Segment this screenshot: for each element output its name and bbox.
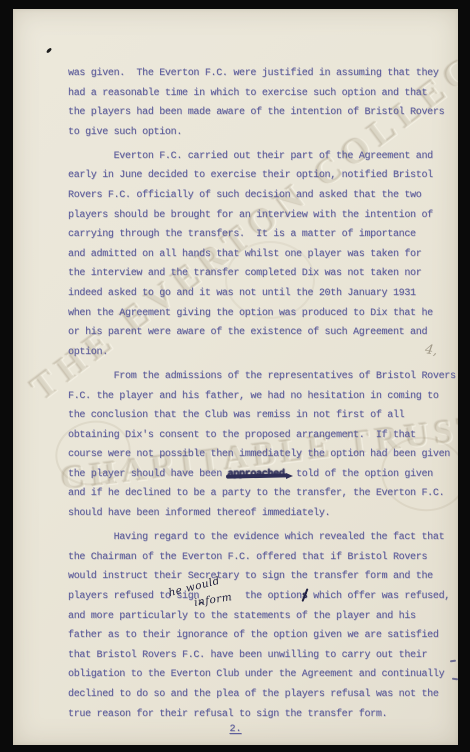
typed-line: declined to do so and the plea of the pl… (68, 685, 458, 705)
typed-line: the players had been made aware of the i… (68, 103, 458, 123)
typed-line: to give such option. (68, 123, 458, 143)
typed-segment: obtaining Dix's consent to the proposed … (68, 430, 416, 441)
typed-segment: indeed asked to go and it was not until … (68, 288, 416, 299)
typed-line: and admitted on all hands that whilst on… (68, 245, 458, 265)
typed-line: and if he declined to be a party to the … (68, 484, 458, 504)
typed-line: the conclusion that the Club was remiss … (68, 406, 458, 426)
typed-segment: the option (245, 591, 302, 602)
typed-line: F.C. the player and his father, we had n… (68, 387, 458, 407)
typed-segment: Everton F.C. carried out their part of t… (68, 151, 433, 162)
paragraph: From the admissions of the representativ… (68, 367, 458, 524)
typed-segment: the players had been made aware of the i… (68, 107, 444, 118)
typed-segment: when the Agreement giving the option was… (68, 308, 433, 319)
typed-line: indeed asked to go and it was not until … (68, 284, 458, 304)
typed-segment: the conclusion that the Club was remiss … (68, 410, 404, 421)
typed-segment: course were not possible then immediatel… (68, 449, 450, 460)
typed-segment: players should be brought for an intervi… (68, 210, 433, 221)
typed-line: when the Agreement giving the option was… (68, 304, 458, 324)
typed-line: obligation to the Everton Club under the… (68, 665, 458, 685)
typed-segment: true reason for their refusal to sign th… (68, 709, 387, 720)
struck-letter: s (302, 591, 308, 602)
typed-line: that Bristol Rovers F.C. have been unwil… (68, 646, 458, 666)
typed-line: and more particularly to the statements … (68, 607, 458, 627)
typed-line: should have been informed thereof immedi… (68, 504, 458, 524)
typed-segment: which offer was refused, (307, 591, 450, 602)
typed-line: the interview and the transfer completed… (68, 264, 458, 284)
ink-speck (46, 47, 53, 53)
document-page: THE EVERTON COLLECTION CHARITABLE TRUST … (13, 9, 458, 745)
typed-segment: had a reasonable time in which to exerci… (68, 88, 427, 99)
typed-segment: and more particularly to the statements … (68, 611, 416, 622)
photo-background: THE EVERTON COLLECTION CHARITABLE TRUST … (0, 0, 470, 752)
typed-segment: the player should have been (68, 469, 228, 480)
typed-segment: would instruct their Secretary to sign t… (68, 571, 433, 582)
typed-segment: declined to do so and the plea of the pl… (68, 689, 439, 700)
typed-segment: was given. The Everton F.C. were justifi… (68, 68, 439, 79)
typed-segment: and if he declined to be a party to the … (68, 488, 444, 499)
typed-line: players refused to sign the options whic… (68, 587, 458, 607)
typed-segment: carrying through the transfers. It is a … (68, 229, 416, 240)
typed-segment: that Bristol Rovers F.C. have been unwil… (68, 650, 427, 661)
typed-line: true reason for their refusal to sign th… (68, 705, 458, 725)
typed-segment: the Chairman of the Everton F.C. offered… (68, 552, 427, 563)
typed-line: would instruct their Secretary to sign t… (68, 567, 458, 587)
typed-line: carrying through the transfers. It is a … (68, 225, 458, 245)
typed-segment: From the admissions of the representativ… (68, 371, 456, 382)
paragraph: Everton F.C. carried out their part of t… (68, 147, 458, 363)
typed-segment: the interview and the transfer completed… (68, 268, 421, 279)
typed-line: the player should have been approached, … (68, 465, 458, 485)
typed-line: or his parent were aware of the existenc… (68, 323, 458, 343)
struck-word: approached (228, 469, 285, 480)
typed-line: players should be brought for an intervi… (68, 206, 458, 226)
typed-text: was given. The Everton F.C. were justifi… (68, 64, 458, 724)
typed-line: Everton F.C. carried out their part of t… (68, 147, 458, 167)
typed-segment: and admitted on all hands that whilst on… (68, 249, 421, 260)
typed-line: obtaining Dix's consent to the proposed … (68, 426, 458, 446)
handwritten-caret: ^ (197, 601, 206, 613)
typed-segment: should have been informed thereof immedi… (68, 508, 330, 519)
page-number: 2. (13, 724, 458, 735)
typed-segment: Rovers F.C. officially of such decision … (68, 190, 421, 201)
typed-segment: obligation to the Everton Club under the… (68, 669, 444, 680)
typed-segment: early in June decided to exercise their … (68, 170, 433, 181)
typed-line: option. (68, 343, 458, 363)
paragraph: Having regard to the evidence which reve… (68, 528, 458, 724)
typed-segment: option. (68, 347, 108, 358)
typed-line: father as to their ignorance of the opti… (68, 626, 458, 646)
typed-line: course were not possible then immediatel… (68, 445, 458, 465)
typed-segment: or his parent were aware of the existenc… (68, 327, 427, 338)
typed-segment: Having regard to the evidence which reve… (68, 532, 444, 543)
paragraph: was given. The Everton F.C. were justifi… (68, 64, 458, 142)
typed-line: Rovers F.C. officially of such decision … (68, 186, 458, 206)
typed-line: From the admissions of the representativ… (68, 367, 458, 387)
typed-line: early in June decided to exercise their … (68, 166, 458, 186)
typed-segment: to give such option. (68, 127, 182, 138)
typed-segment: father as to their ignorance of the opti… (68, 630, 439, 641)
typed-line: was given. The Everton F.C. were justifi… (68, 64, 458, 84)
typed-segment: F.C. the player and his father, we had n… (68, 391, 439, 402)
typed-line: the Chairman of the Everton F.C. offered… (68, 548, 458, 568)
typed-segment: , told of the option given (285, 469, 433, 480)
typed-line: Having regard to the evidence which reve… (68, 528, 458, 548)
typed-line: had a reasonable time in which to exerci… (68, 84, 458, 104)
